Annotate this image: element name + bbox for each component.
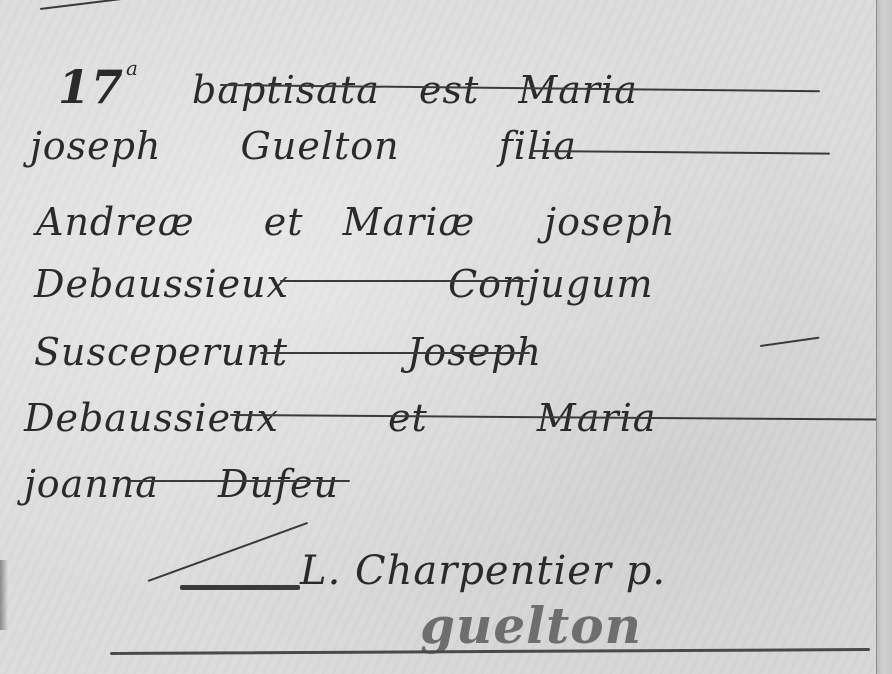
signature-flourish bbox=[148, 522, 308, 582]
word: Debaussieux bbox=[24, 396, 279, 440]
witness-signature: guelton bbox=[420, 596, 642, 655]
scanned-register-page: 17a baptisata est Maria joseph Guelton f… bbox=[0, 0, 892, 674]
word: et bbox=[264, 200, 304, 244]
word: Susceperunt bbox=[34, 330, 288, 374]
word: Dufeu bbox=[218, 462, 339, 506]
word: baptisata bbox=[192, 68, 380, 112]
page-binding-edge bbox=[876, 0, 892, 674]
record-line-3: Andreæ et Mariæ joseph bbox=[36, 200, 702, 244]
word: et bbox=[388, 396, 428, 440]
word: joseph bbox=[30, 124, 161, 168]
priest-signature-text: L. Charpentier p. bbox=[300, 548, 666, 594]
record-line-7: joanna Dufeu bbox=[24, 462, 365, 506]
ink-stroke bbox=[280, 280, 530, 282]
word: Andreæ bbox=[36, 200, 195, 244]
ink-stroke bbox=[130, 480, 350, 482]
word: filia bbox=[499, 124, 577, 168]
word: joanna bbox=[24, 462, 159, 506]
entry-number: 17 bbox=[58, 60, 124, 114]
entry-number-suffix: a bbox=[126, 56, 139, 80]
record-line-2: joseph Guelton filia bbox=[30, 124, 603, 168]
priest-signature: L. Charpentier p. bbox=[300, 548, 666, 594]
word: joseph bbox=[544, 200, 675, 244]
top-ink-stroke bbox=[40, 0, 139, 10]
left-page-edge bbox=[0, 560, 8, 630]
witness-signature-text: guelton bbox=[420, 596, 642, 655]
word: est bbox=[419, 68, 479, 112]
word: Debaussieux bbox=[34, 262, 289, 306]
signature-flourish bbox=[180, 585, 300, 590]
word: Guelton bbox=[241, 124, 400, 168]
word: Mariæ bbox=[343, 200, 476, 244]
ink-stroke bbox=[260, 352, 530, 354]
word: Conjugum bbox=[448, 262, 654, 306]
record-line-4: Debaussieux Conjugum bbox=[34, 262, 680, 306]
ink-stroke bbox=[760, 337, 820, 347]
